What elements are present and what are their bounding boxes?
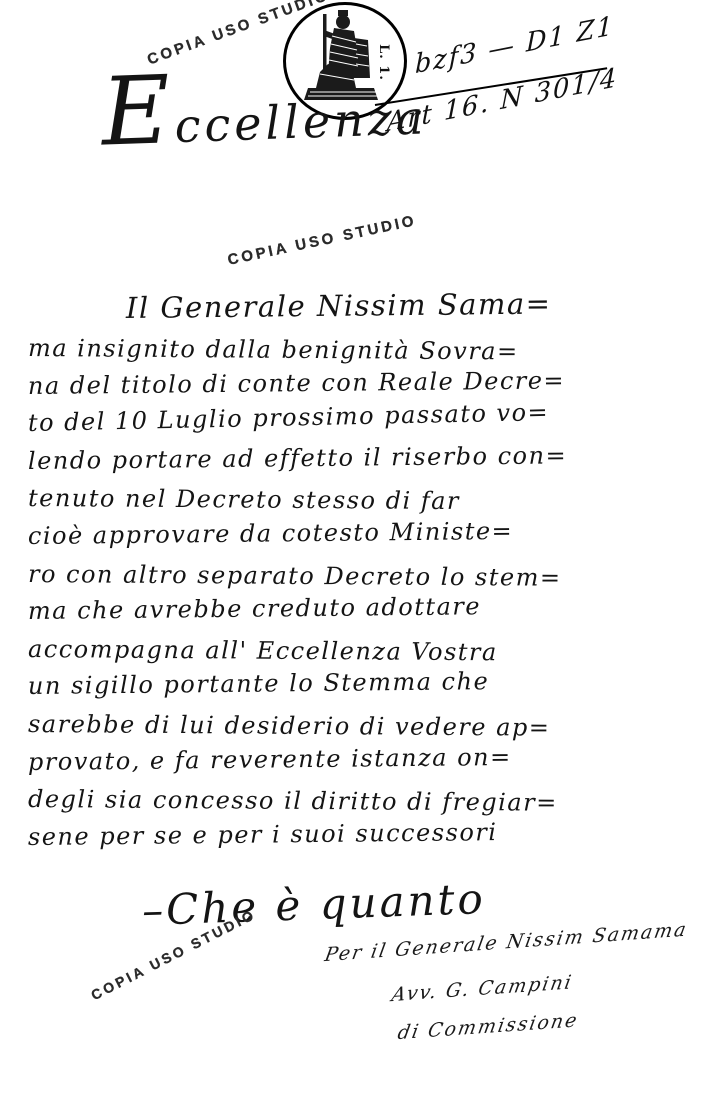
body-line: Il Generale Nissim Sama= (28, 285, 676, 334)
scanned-letter-page: COPIA USO STUDIO (0, 0, 715, 1096)
body-line: cioè approvare da cotesto Ministe= (28, 515, 676, 559)
body-line: ma che avrebbe creduto adottare (28, 590, 676, 634)
body-line: un sigillo portante lo Stemma che (28, 666, 676, 710)
body-line: sene per se e per i suoi successori (28, 816, 676, 860)
body-line: lendo portare ad effetto il riserbo con= (28, 440, 676, 484)
stamp-denomination-label: L. 1. (376, 44, 391, 81)
closing-phrase: –Che è quanto (141, 874, 486, 935)
body-line: provato, e fa reverente istanza on= (28, 741, 676, 785)
salutation-heading: Eccellenza (101, 90, 428, 155)
letter-body: Il Generale Nissim Sama= ma insignito da… (28, 292, 676, 860)
signature-line-2: Avv. G. Campini (390, 971, 575, 1006)
signature-line-3: di Commissione (396, 1009, 580, 1044)
copia-uso-studio-stamp-middle: COPIA USO STUDIO (226, 212, 418, 269)
